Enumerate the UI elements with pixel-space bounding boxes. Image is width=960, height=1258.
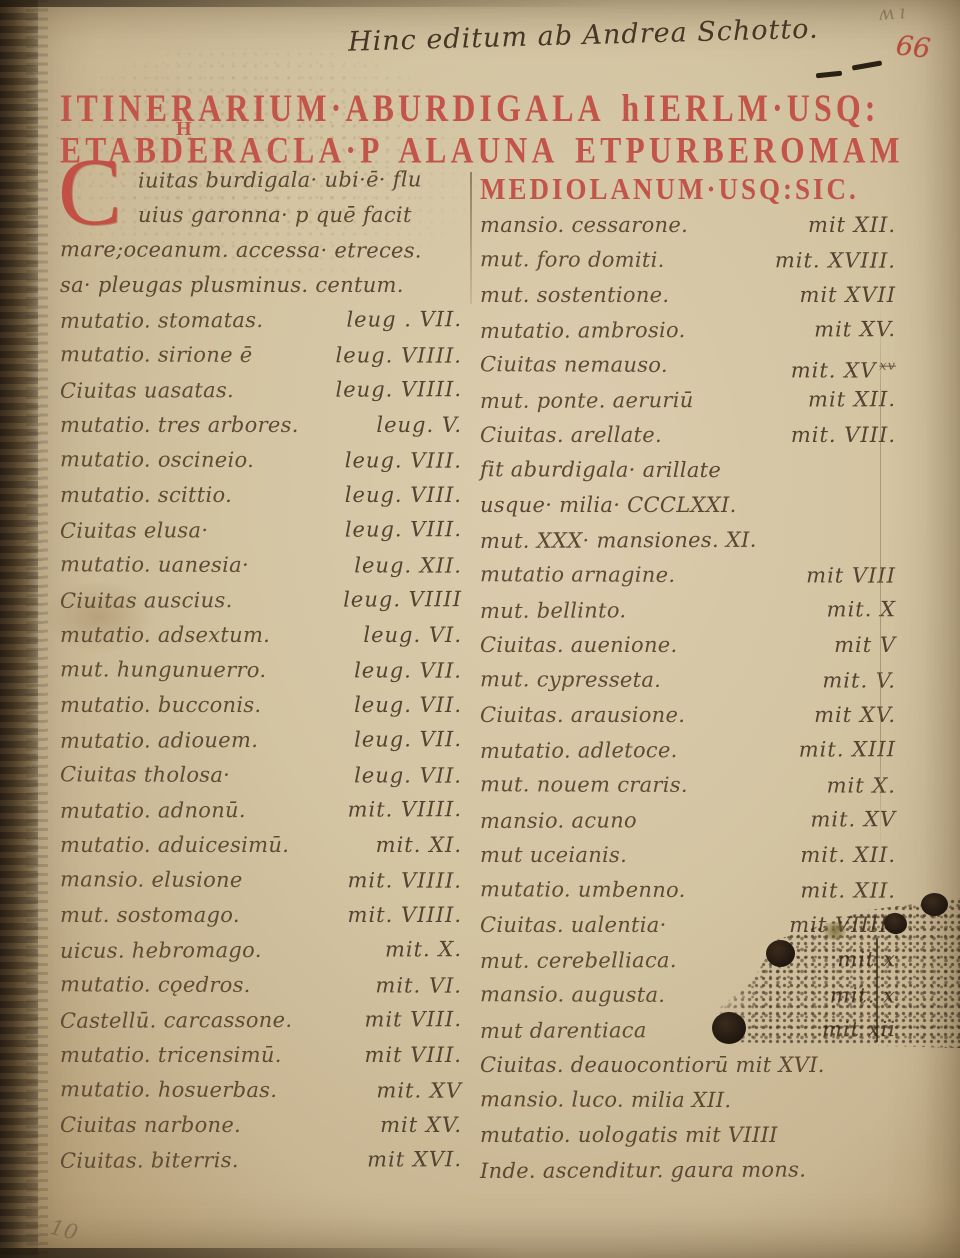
distance-value: mit. XVIII. bbox=[775, 243, 896, 278]
place-name: Ciuitas. arausione. bbox=[480, 698, 685, 733]
place-name: mutatio. umbenno. bbox=[480, 872, 686, 908]
distance-value: mit. XI. bbox=[376, 828, 462, 863]
place-name: mut. cerebelliaca. bbox=[480, 943, 677, 979]
distance-value: leug. VIII. bbox=[345, 443, 462, 478]
manuscript-line: mutatio. tres arbores.leug. V. bbox=[60, 408, 462, 443]
distance-value: leug. VIIII. bbox=[335, 372, 462, 408]
manuscript-line: mut. ponte. aeruriūmit XII. bbox=[480, 382, 922, 419]
manuscript-line: mansio. elusionemit. VIIII. bbox=[60, 862, 462, 898]
place-name: Ciuitas uasatas. bbox=[60, 373, 234, 409]
place-name: mutatio. scittio. bbox=[60, 478, 232, 513]
manuscript-line: mut. nouem craris.mit X. bbox=[480, 767, 922, 804]
place-name: mut. nouem craris. bbox=[480, 767, 688, 803]
distance-value: mit. VI. bbox=[375, 968, 462, 1003]
place-name: mut. cypresseta. bbox=[480, 662, 661, 698]
distance-value: leug. VIIII bbox=[343, 582, 462, 618]
manuscript-line: mutatio. adsextum.leug. VI. bbox=[60, 618, 462, 653]
distance-value: mit VIII bbox=[806, 558, 896, 593]
ink-blot bbox=[921, 893, 948, 916]
page-top-edge-shadow bbox=[0, 0, 620, 7]
left-text-column: iuitas burdigala· ubi·ē· fluuius garonna… bbox=[60, 163, 462, 1178]
distance-value: leug. VII. bbox=[354, 653, 462, 688]
rubric-column-heading: MEDIOLANUM·USQ:SIC. bbox=[480, 168, 922, 214]
distance-value: leug . VII. bbox=[346, 302, 462, 338]
place-name: mutatio. ambrosio. bbox=[480, 313, 686, 349]
top-annotation: Hinc editum ab Andrea Schotto. bbox=[348, 13, 829, 57]
manuscript-line: iuitas burdigala· ubi·ē· flu bbox=[60, 162, 462, 199]
distance-value: mit. VIIII. bbox=[347, 863, 462, 898]
distance-value: leug. VII. bbox=[354, 722, 462, 757]
place-name: mutatio. adiouem. bbox=[60, 723, 258, 759]
manuscript-line: mut. cypresseta.mit. V. bbox=[480, 662, 922, 699]
manuscript-line: Ciuitas. deauocontiorū mit XVI. bbox=[480, 1048, 922, 1083]
manuscript-line: mutatio. hosuerbas.mit. XV bbox=[60, 1072, 462, 1108]
distance-value: mit XV. bbox=[814, 698, 896, 733]
distance-value: mit XVI. bbox=[367, 1142, 462, 1177]
manuscript-line: mutatio. aduicesimū.mit. XI. bbox=[60, 828, 462, 863]
manuscript-line: fit aburdigala· arillate bbox=[480, 452, 922, 489]
place-name: mutatio. aduicesimū. bbox=[60, 828, 289, 863]
distance-value: leug. XII. bbox=[354, 548, 462, 583]
bottom-pencil-mark: 10 bbox=[48, 1215, 82, 1245]
place-name: Ciuitas narbone. bbox=[60, 1108, 241, 1143]
place-name: mutatio. hosuerbas. bbox=[60, 1072, 277, 1108]
manuscript-line: mutatio. adnonū.mit. VIIII. bbox=[60, 792, 462, 829]
distance-value: mit. XII. bbox=[800, 873, 896, 908]
ink-blot-olive bbox=[824, 922, 846, 940]
distance-value: mit V bbox=[834, 628, 896, 663]
place-name: mansio. augusta. bbox=[480, 977, 665, 1013]
place-name: mutatio. tres arbores. bbox=[60, 408, 299, 443]
rubric-superscript-correction: H bbox=[176, 118, 192, 141]
corrected-superscript: xv bbox=[879, 359, 896, 374]
distance-value: mit XII. bbox=[808, 382, 896, 417]
manuscript-line: Ciuitas narbone.mit XV. bbox=[60, 1108, 462, 1143]
place-name: mut. hungunuerro. bbox=[60, 652, 266, 688]
manuscript-line: mutatio. adiouem.leug. VII. bbox=[60, 722, 462, 759]
place-name: mutatio. cǫedros. bbox=[60, 967, 251, 1003]
manuscript-line: Castellū. carcassone.mit VIII. bbox=[60, 1002, 462, 1039]
manuscript-line: Ciuitas auscius.leug. VIIII bbox=[60, 582, 462, 619]
place-name: mut. ponte. aeruriū bbox=[480, 383, 694, 419]
place-name: mut uceianis. bbox=[480, 838, 627, 873]
distance-value: leug. VIII. bbox=[345, 512, 462, 548]
manuscript-line: Ciuitas. auenione.mit V bbox=[480, 628, 922, 663]
place-name: mutatio arnagine. bbox=[480, 557, 675, 593]
manuscript-line: mansio. acunomit. XV bbox=[480, 802, 922, 839]
page-bottom-edge-shadow bbox=[0, 1248, 520, 1258]
place-name: Ciuitas. biterris. bbox=[60, 1143, 239, 1179]
place-name: Ciuitas. arellate. bbox=[480, 418, 662, 453]
manuscript-line: mut uceianis.mit. XII. bbox=[480, 838, 922, 873]
parchment-crease bbox=[880, 300, 881, 860]
distance-value: mit. X bbox=[827, 592, 897, 627]
place-name: mut. sostomago. bbox=[60, 898, 240, 933]
place-name: mutatio. sirione ē bbox=[60, 337, 253, 373]
manuscript-line: mut. sostentione.mit XVII bbox=[480, 278, 922, 313]
manuscript-line: Ciuitas. biterris.mit XVI. bbox=[60, 1142, 462, 1179]
ink-dash-mark bbox=[816, 71, 842, 79]
manuscript-line: mut. sostomago.mit. VIIII. bbox=[60, 898, 462, 933]
manuscript-line: uius garonna· p quē facit bbox=[60, 198, 462, 233]
place-name: mut darentiaca bbox=[480, 1013, 647, 1049]
manuscript-line: mutatio. stomatas.leug . VII. bbox=[60, 302, 462, 339]
manuscript-line: Ciuitas elusa·leug. VIII. bbox=[60, 512, 462, 549]
place-name: mut. foro domiti. bbox=[480, 242, 665, 278]
manuscript-line: mut. XXX· mansiones. XI. bbox=[480, 522, 922, 559]
place-name: Ciuitas. auenione. bbox=[480, 628, 678, 663]
distance-value: leug. VIII. bbox=[345, 478, 462, 513]
distance-value: leug. VIIII. bbox=[335, 338, 462, 373]
manuscript-line: mansio. luco. milia XII. bbox=[480, 1082, 922, 1119]
distance-value: mit. XII. bbox=[800, 838, 896, 873]
distance-value: leug. V. bbox=[376, 408, 462, 443]
manuscript-line: mutatio. sirione ēleug. VIIII. bbox=[60, 337, 462, 373]
distance-value: mit X. bbox=[827, 768, 896, 803]
folio-number: 66 bbox=[894, 30, 931, 64]
manuscript-line: mutatio. uologatis mit VIIII bbox=[480, 1118, 922, 1153]
manuscript-line: mutatio. ambrosio.mit XV. bbox=[480, 312, 922, 349]
manuscript-line: Ciuitas nemauso.mit. XVxv bbox=[480, 347, 922, 384]
place-name: mansio. acuno bbox=[480, 803, 637, 839]
place-name: Ciuitas. ualentia· bbox=[480, 908, 667, 943]
place-name: mutatio. stomatas. bbox=[60, 303, 263, 339]
manuscript-line: mutatio. adletoce.mit. XIII bbox=[480, 732, 922, 769]
place-name: Castellū. carcassone. bbox=[60, 1003, 292, 1039]
manuscript-line: usque· milia· CCCLXXI. bbox=[480, 488, 922, 523]
manuscript-line: mutatio. bucconis.leug. VII. bbox=[60, 688, 462, 723]
place-name: mutatio. oscineio. bbox=[60, 442, 254, 478]
binding-rough-texture bbox=[26, 0, 48, 1258]
manuscript-page: Hinc editum ab Andrea Schotto. ʍı 66 ITI… bbox=[0, 0, 960, 1258]
manuscript-line: mare;oceanum. accessa· etreces. bbox=[60, 232, 462, 268]
distance-value: mit. V. bbox=[822, 663, 896, 698]
place-name: mutatio. adletoce. bbox=[480, 733, 678, 769]
place-name: Ciuitas nemauso. bbox=[480, 347, 668, 383]
manuscript-line: mutatio. scittio.leug. VIII. bbox=[60, 478, 462, 513]
distance-value: mit. VIIII. bbox=[348, 898, 462, 933]
distance-value: mit VIII. bbox=[364, 1002, 462, 1037]
place-name: mut. sostentione. bbox=[480, 278, 669, 313]
place-name: mut. bellinto. bbox=[480, 593, 627, 629]
place-name: uicus. hebromago. bbox=[60, 933, 262, 969]
manuscript-line: Ciuitas. arellate.mit. VIII. bbox=[480, 418, 922, 453]
distance-value: mit XV. bbox=[814, 312, 896, 347]
manuscript-line: mutatio. cǫedros.mit. VI. bbox=[60, 967, 462, 1003]
distance-value: leug. VI. bbox=[363, 618, 462, 653]
distance-value: mit XV. bbox=[380, 1108, 462, 1143]
manuscript-line: mutatio arnagine.mit VIII bbox=[480, 557, 922, 594]
place-name: mutatio. bucconis. bbox=[60, 688, 261, 723]
manuscript-line: mut. bellinto.mit. X bbox=[480, 592, 922, 629]
place-name: Ciuitas elusa· bbox=[60, 513, 208, 549]
place-name: mutatio. tricensimū. bbox=[60, 1038, 282, 1073]
manuscript-line: mutatio. umbenno.mit. XII. bbox=[480, 872, 922, 909]
place-name: Ciuitas auscius. bbox=[60, 583, 233, 619]
manuscript-line: Ciuitas tholosa·leug. VII. bbox=[60, 757, 462, 793]
ink-blot bbox=[712, 1012, 746, 1044]
place-name: mansio. elusione bbox=[60, 862, 243, 898]
distance-value: mit. VIIII. bbox=[347, 792, 462, 827]
manuscript-line: Ciuitas. arausione.mit XV. bbox=[480, 698, 922, 733]
manuscript-line: mutatio. oscineio.leug. VIII. bbox=[60, 442, 462, 478]
distance-value: mit. X. bbox=[385, 932, 462, 967]
manuscript-line: mut. foro domiti.mit. XVIII. bbox=[480, 242, 922, 279]
manuscript-line: sa· pleugas plusminus. centum. bbox=[60, 268, 462, 303]
manuscript-line: mutatio. uanesia·leug. XII. bbox=[60, 547, 462, 583]
ink-dash-mark bbox=[852, 60, 882, 70]
manuscript-line: mut. hungunuerro.leug. VII. bbox=[60, 652, 462, 688]
place-name: mutatio. adsextum. bbox=[60, 618, 270, 653]
distance-value: mit VIII. bbox=[365, 1038, 462, 1073]
place-name: Ciuitas tholosa· bbox=[60, 757, 230, 793]
manuscript-line: mutatio. tricensimū.mit VIII. bbox=[60, 1038, 462, 1073]
distance-value: leug. VII. bbox=[354, 688, 462, 723]
stain-crease-line bbox=[876, 938, 878, 1042]
place-name: mutatio. uanesia· bbox=[60, 547, 249, 583]
distance-value: mit. XV bbox=[376, 1073, 462, 1108]
manuscript-line: Ciuitas uasatas.leug. VIIII. bbox=[60, 372, 462, 409]
column-divider-rule bbox=[470, 172, 472, 304]
place-name: mutatio. adnonū. bbox=[60, 793, 246, 829]
manuscript-line: uicus. hebromago.mit. X. bbox=[60, 932, 462, 969]
corner-pencil-scribble: ʍı bbox=[877, 1, 911, 25]
manuscript-line: Inde. ascenditur. gaura mons. bbox=[480, 1152, 922, 1189]
distance-value: leug. VII. bbox=[354, 758, 462, 793]
distance-value: mit XVII bbox=[800, 278, 896, 313]
ink-blot bbox=[766, 940, 795, 967]
distance-value: mit. XV bbox=[810, 802, 896, 837]
distance-value: mit. XIII bbox=[799, 732, 896, 767]
